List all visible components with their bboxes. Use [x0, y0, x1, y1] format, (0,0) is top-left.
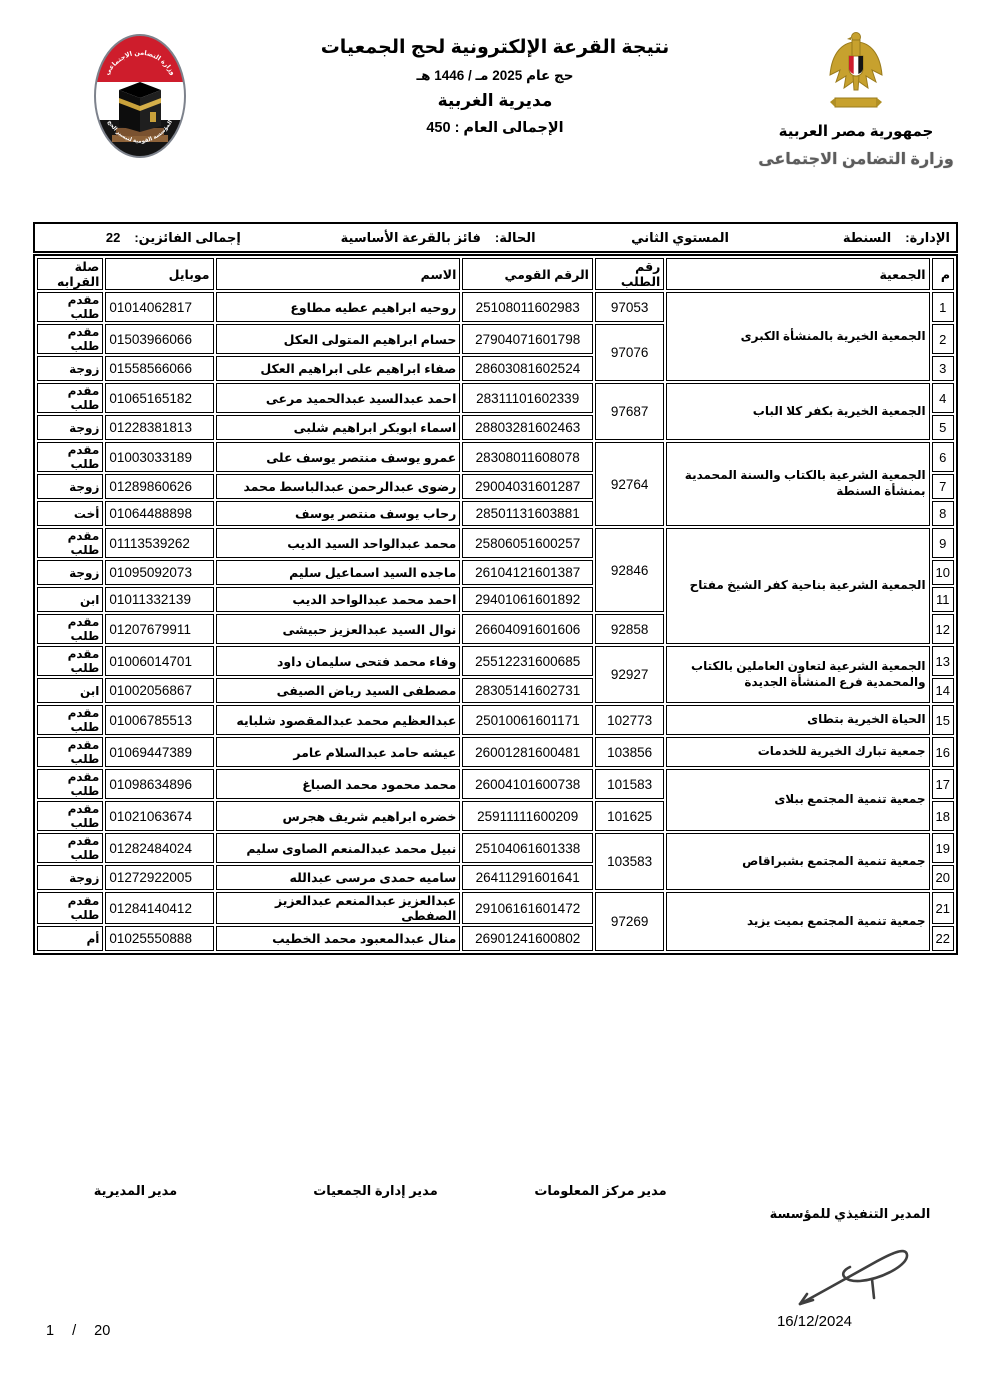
national-id-cell: 27904071601798: [462, 324, 593, 354]
mobile-cell: 01014062817: [105, 292, 213, 322]
grand-total-line: الإجمالى العام : 450: [280, 120, 710, 136]
name-cell: رحاب يوسف منتصر يوسف: [216, 501, 461, 526]
row-index-cell: 14: [932, 678, 954, 703]
national-id-cell: 25104061601338: [462, 833, 593, 863]
request-no-cell: 101625: [595, 801, 664, 831]
table-row: 16جمعية تبارك الخيرية للخدمات10385626001…: [37, 737, 954, 767]
header-mobile: موبايل: [105, 258, 213, 290]
mobile-cell: 01558566066: [105, 356, 213, 381]
row-index-cell: 7: [932, 474, 954, 499]
name-cell: ساميه حمدى مرسى عبدالله: [216, 865, 461, 890]
national-id-cell: 25911111600209: [462, 801, 593, 831]
request-no-cell: 101583: [595, 769, 664, 799]
relation-cell: زوجة: [37, 415, 103, 440]
name-cell: احمد محمد عبدالواحد الديب: [216, 587, 461, 612]
relation-cell: أم: [37, 926, 103, 951]
table-row: 21جمعية تنمية المجتمع بميت يزيد972692910…: [37, 892, 954, 924]
hajj-year-line: حج عام 2025 مـ / 1446 هـ: [280, 68, 710, 84]
name-cell: رضوى عبدالرحمن عبدالباسط محمد: [216, 474, 461, 499]
name-cell: وفاء محمد فتحى سليمان داود: [216, 646, 461, 676]
request-no-cell: 92858: [595, 614, 664, 644]
association-cell: الجمعية الشرعية لتعاون العاملين بالكتاب …: [666, 646, 929, 703]
document-date: 16/12/2024: [752, 1313, 877, 1330]
mobile-cell: 01272922005: [105, 865, 213, 890]
relation-cell: زوجة: [37, 560, 103, 585]
association-cell: الجمعية الشرعية بناحية كفر الشيخ مفتاح: [666, 528, 929, 644]
directorate-name: مديرية الغربية: [280, 91, 710, 111]
header-national-id: الرقم القومي: [462, 258, 593, 290]
name-cell: منال عبدالمعبود محمد الخطيب: [216, 926, 461, 951]
relation-cell: مقدم طلب: [37, 769, 103, 799]
header-name: الاسم: [216, 258, 461, 290]
request-no-cell: 97076: [595, 324, 664, 381]
request-no-cell: 97053: [595, 292, 664, 322]
request-no-cell: 92927: [595, 646, 664, 703]
request-no-cell: 97687: [595, 383, 664, 440]
national-id-cell: 29401061601892: [462, 587, 593, 612]
association-cell: الجمعية الشرعية بالكتاب والسنة المحمدية …: [666, 442, 929, 526]
name-cell: روحيه ابراهيم عطيه مطاوع: [216, 292, 461, 322]
document-title: نتيجة القرعة الإلكترونية لحج الجمعيات: [280, 36, 710, 59]
administration-value: السنطة: [843, 230, 891, 246]
header-relation: صلة القرابه: [37, 258, 103, 290]
mobile-cell: 01069447389: [105, 737, 213, 767]
status-field: الحالة: فائز بالقرعة الأساسية: [247, 230, 542, 246]
row-index-cell: 12: [932, 614, 954, 644]
national-id-cell: 26001281600481: [462, 737, 593, 767]
relation-cell: مقدم طلب: [37, 892, 103, 924]
national-id-cell: 25108011602983: [462, 292, 593, 322]
name-cell: مصطفى السيد رياض الصيفى: [216, 678, 461, 703]
request-no-cell: 92764: [595, 442, 664, 526]
request-no-cell: 103583: [595, 833, 664, 890]
mobile-cell: 01503966066: [105, 324, 213, 354]
row-index-cell: 16: [932, 737, 954, 767]
name-cell: ماجده السيد اسماعيل سليم: [216, 560, 461, 585]
winners-total-field: إجمالى الفائزين: 22: [35, 230, 247, 246]
row-index-cell: 22: [932, 926, 954, 951]
mobile-cell: 01003033189: [105, 442, 213, 472]
level-value: المستوي الثاني: [631, 230, 729, 246]
table-row: 4الجمعية الخيرية بكفر كلا الباب976872831…: [37, 383, 954, 413]
national-id-cell: 28305141602731: [462, 678, 593, 703]
egypt-eagle-icon: [823, 28, 889, 114]
association-cell: الجمعية الخيرية بكفر كلا الباب: [666, 383, 929, 440]
association-cell: جمعية تنمية المجتمع بشبراقاص: [666, 833, 929, 890]
level-field: المستوي الثاني: [542, 230, 735, 246]
winners-total-value: 22: [106, 230, 120, 245]
state-emblem-block: جمهورية مصر العربية وزارة التضامن الاجتم…: [742, 28, 970, 169]
table-row: 13الجمعية الشرعية لتعاون العاملين بالكتا…: [37, 646, 954, 676]
document-page: وزارة التضامن الاجتماعي المؤسسة القومية …: [0, 0, 990, 1400]
handwritten-signature: [792, 1224, 914, 1314]
row-index-cell: 9: [932, 528, 954, 558]
row-index-cell: 3: [932, 356, 954, 381]
mobile-cell: 01282484024: [105, 833, 213, 863]
mobile-cell: 01095092073: [105, 560, 213, 585]
header-association: الجمعية: [666, 258, 929, 290]
results-table-body: م الجمعية رقم الطلب الرقم القومي الاسم م…: [37, 258, 954, 951]
mobile-cell: 01289860626: [105, 474, 213, 499]
mobile-cell: 01284140412: [105, 892, 213, 924]
mobile-cell: 01113539262: [105, 528, 213, 558]
national-id-cell: 26411291601641: [462, 865, 593, 890]
row-index-cell: 20: [932, 865, 954, 890]
mobile-cell: 01064488898: [105, 501, 213, 526]
signature-executive-director: المدير التنفيذي للمؤسسة: [765, 1206, 935, 1222]
name-cell: محمد محمود محمد الصباغ: [216, 769, 461, 799]
association-cell: جمعية تنمية المجتمع ببلاى: [666, 769, 929, 831]
header-index: م: [932, 258, 954, 290]
name-cell: حسام ابراهيم المتولى العكل: [216, 324, 461, 354]
mobile-cell: 01021063674: [105, 801, 213, 831]
row-index-cell: 19: [932, 833, 954, 863]
table-row: 9الجمعية الشرعية بناحية كفر الشيخ مفتاح9…: [37, 528, 954, 558]
row-index-cell: 1: [932, 292, 954, 322]
national-id-cell: 28501131603881: [462, 501, 593, 526]
name-cell: عبدالعظيم محمد عبدالمقصود شلبايه: [216, 705, 461, 735]
mobile-cell: 01098634896: [105, 769, 213, 799]
relation-cell: مقدم طلب: [37, 614, 103, 644]
row-index-cell: 2: [932, 324, 954, 354]
name-cell: عمرو يوسف منتصر يوسف على: [216, 442, 461, 472]
national-id-cell: 28603081602524: [462, 356, 593, 381]
table-header-row: م الجمعية رقم الطلب الرقم القومي الاسم م…: [37, 258, 954, 290]
name-cell: نبيل محمد عبدالمنعم الصاوى سليم: [216, 833, 461, 863]
row-index-cell: 11: [932, 587, 954, 612]
name-cell: احمد عبدالسيد عبدالحميد مرعى: [216, 383, 461, 413]
mobile-cell: 01065165182: [105, 383, 213, 413]
page-total: 20: [94, 1323, 110, 1339]
table-row: 15الحياة الخيرية بتطاى102773250100616011…: [37, 705, 954, 735]
row-index-cell: 5: [932, 415, 954, 440]
winners-total-label: إجمالى الفائزين:: [134, 230, 241, 246]
table-row: 6الجمعية الشرعية بالكتاب والسنة المحمدية…: [37, 442, 954, 472]
table-row: 19جمعية تنمية المجتمع بشبراقاص1035832510…: [37, 833, 954, 863]
signature-associations-director: مدير إدارة الجمعيات: [288, 1183, 463, 1199]
ministry-name: وزارة التضامن الاجتماعى: [742, 149, 970, 169]
national-id-cell: 28308011608078: [462, 442, 593, 472]
relation-cell: مقدم طلب: [37, 292, 103, 322]
mobile-cell: 01011332139: [105, 587, 213, 612]
row-index-cell: 4: [932, 383, 954, 413]
name-cell: اسماء ابوبكر ابراهيم شلبى: [216, 415, 461, 440]
signature-info-center-director: مدير مركز المعلومات: [518, 1183, 683, 1199]
administration-field: الإدارة: السنطة: [735, 230, 956, 246]
national-id-cell: 29106161601472: [462, 892, 593, 924]
national-id-cell: 28311101602339: [462, 383, 593, 413]
row-index-cell: 6: [932, 442, 954, 472]
national-id-cell: 26604091601606: [462, 614, 593, 644]
relation-cell: زوجة: [37, 865, 103, 890]
relation-cell: ابن: [37, 678, 103, 703]
page-separator: /: [72, 1323, 76, 1339]
administration-label: الإدارة:: [905, 230, 950, 246]
relation-cell: مقدم طلب: [37, 705, 103, 735]
document-title-block: نتيجة القرعة الإلكترونية لحج الجمعيات حج…: [280, 36, 710, 136]
relation-cell: مقدم طلب: [37, 801, 103, 831]
name-cell: خضره ابراهيم شريف هجرس: [216, 801, 461, 831]
summary-info-bar: الإدارة: السنطة المستوي الثاني الحالة: ف…: [33, 222, 958, 253]
header-request-no: رقم الطلب: [595, 258, 664, 290]
page-number: 1 / 20: [46, 1323, 124, 1339]
name-cell: صفاء ابراهيم على ابراهيم العكل: [216, 356, 461, 381]
association-cell: جمعية تنمية المجتمع بميت يزيد: [666, 892, 929, 951]
mobile-cell: 01207679911: [105, 614, 213, 644]
name-cell: نوال السيد عبدالعزيز حبيشى: [216, 614, 461, 644]
national-id-cell: 26104121601387: [462, 560, 593, 585]
mobile-cell: 01228381813: [105, 415, 213, 440]
request-no-cell: 102773: [595, 705, 664, 735]
name-cell: عبدالعزيز عبدالمنعم عبدالعزيز الصفطى: [216, 892, 461, 924]
hajj-foundation-logo: وزارة التضامن الاجتماعي المؤسسة القومية …: [92, 32, 188, 160]
national-id-cell: 28803281602463: [462, 415, 593, 440]
relation-cell: مقدم طلب: [37, 528, 103, 558]
country-name: جمهورية مصر العربية: [742, 122, 970, 140]
kaaba-flag-oval-icon: وزارة التضامن الاجتماعي المؤسسة القومية …: [92, 32, 188, 160]
relation-cell: أخت: [37, 501, 103, 526]
row-index-cell: 21: [932, 892, 954, 924]
request-no-cell: 97269: [595, 892, 664, 951]
row-index-cell: 13: [932, 646, 954, 676]
row-index-cell: 18: [932, 801, 954, 831]
relation-cell: زوجة: [37, 474, 103, 499]
relation-cell: مقدم طلب: [37, 737, 103, 767]
national-id-cell: 26901241600802: [462, 926, 593, 951]
row-index-cell: 17: [932, 769, 954, 799]
association-cell: الجمعية الخيرية بالمنشأة الكبرى: [666, 292, 929, 381]
request-no-cell: 92846: [595, 528, 664, 612]
table-row: 1الجمعية الخيرية بالمنشأة الكبرى97053251…: [37, 292, 954, 322]
relation-cell: مقدم طلب: [37, 646, 103, 676]
national-id-cell: 25512231600685: [462, 646, 593, 676]
national-id-cell: 26004101600738: [462, 769, 593, 799]
table-row: 17جمعية تنمية المجتمع ببلاى1015832600410…: [37, 769, 954, 799]
relation-cell: زوجة: [37, 356, 103, 381]
national-id-cell: 25806051600257: [462, 528, 593, 558]
lottery-results-table: م الجمعية رقم الطلب الرقم القومي الاسم م…: [33, 254, 958, 955]
relation-cell: مقدم طلب: [37, 442, 103, 472]
request-no-cell: 103856: [595, 737, 664, 767]
national-id-cell: 29004031601287: [462, 474, 593, 499]
relation-cell: مقدم طلب: [37, 324, 103, 354]
relation-cell: مقدم طلب: [37, 383, 103, 413]
page-current: 1: [46, 1323, 54, 1339]
status-label: الحالة:: [495, 230, 536, 246]
row-index-cell: 15: [932, 705, 954, 735]
relation-cell: مقدم طلب: [37, 833, 103, 863]
association-cell: الحياة الخيرية بتطاى: [666, 705, 929, 735]
association-cell: جمعية تبارك الخيرية للخدمات: [666, 737, 929, 767]
row-index-cell: 10: [932, 560, 954, 585]
mobile-cell: 01002056867: [105, 678, 213, 703]
status-value: فائز بالقرعة الأساسية: [341, 230, 481, 246]
national-id-cell: 25010061601171: [462, 705, 593, 735]
signature-directorate-director: مدير المديرية: [58, 1183, 213, 1199]
name-cell: عيشه حامد عبدالسلام عامر: [216, 737, 461, 767]
mobile-cell: 01006014701: [105, 646, 213, 676]
relation-cell: ابن: [37, 587, 103, 612]
row-index-cell: 8: [932, 501, 954, 526]
mobile-cell: 01006785513: [105, 705, 213, 735]
name-cell: محمد عبدالواحد السيد الديب: [216, 528, 461, 558]
mobile-cell: 01025550888: [105, 926, 213, 951]
